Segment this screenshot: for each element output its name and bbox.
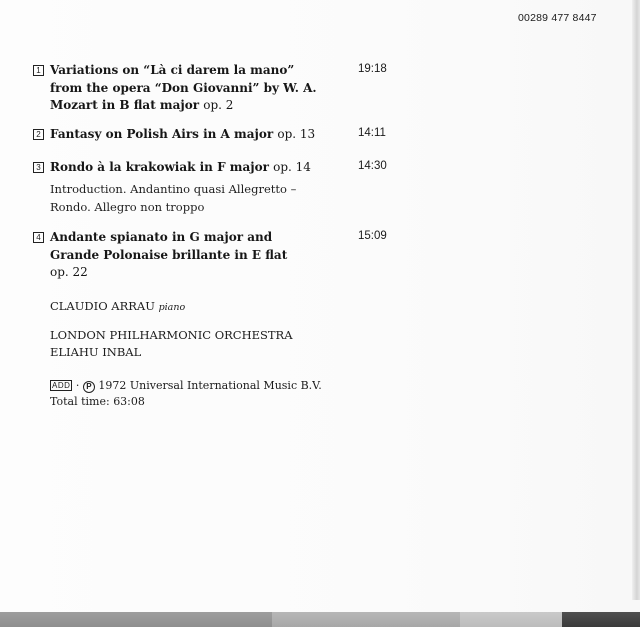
page-edge-shadow [632,0,640,600]
track-number-box: 1 [33,65,44,76]
bottom-strip-segment-dark [562,612,640,627]
copyright-line: ADD · P 1972 Universal International Mus… [50,378,322,394]
track-number-box: 4 [33,232,44,243]
track-duration: 19:18 [358,63,387,75]
soloist-credit: CLAUDIO ARRAU piano [50,298,185,316]
phonogram-icon: P [83,381,95,393]
soloist-role: piano [159,302,186,313]
recording-info: ADD · P 1972 Universal International Mus… [50,378,322,410]
total-time-label: Total time: [50,395,110,408]
copyright-text: 1972 Universal International Music B.V. [98,379,321,392]
track-number-box: 2 [33,129,44,140]
bottom-edge-strip [0,612,640,627]
track-title: Rondo à la krakowiak in F major op. 14 [50,159,370,177]
orchestra-name: LONDON PHILHARMONIC ORCHESTRA [50,327,293,344]
add-code-badge: ADD [50,380,72,391]
track-1: 1 Variations on “Là ci darem la mano” fr… [33,62,393,115]
track-duration: 14:11 [358,127,386,139]
track-duration: 15:09 [358,230,387,242]
ensemble-credits: LONDON PHILHARMONIC ORCHESTRA ELIAHU INB… [50,327,293,361]
booklet-page: 00289 477 8447 1 Variations on “Là ci da… [0,0,640,627]
separator: · [76,379,80,392]
track-2: 2 Fantasy on Polish Airs in A major op. … [33,126,393,144]
track-number-box: 3 [33,162,44,173]
track-3: 3 Rondo à la krakowiak in F major op. 14… [33,159,393,216]
track-movements: Introduction. Andantino quasi Allegretto… [50,180,330,216]
track-title: Fantasy on Polish Airs in A major op. 13 [50,126,370,144]
track-title: Variations on “Là ci darem la mano” from… [50,62,330,115]
conductor-name: ELIAHU INBAL [50,344,293,361]
bottom-strip-segment [0,612,272,627]
track-opus: op. 14 [273,160,311,174]
track-opus: op. 13 [277,127,315,141]
catalog-number: 00289 477 8447 [518,12,597,24]
total-time-line: Total time: 63:08 [50,394,322,410]
bottom-strip-segment [460,612,562,627]
track-opus: op. 22 [50,265,88,279]
bottom-strip-segment [272,612,460,627]
track-opus: op. 2 [203,98,233,112]
soloist-name: CLAUDIO ARRAU [50,299,155,313]
total-time-value: 63:08 [113,395,145,408]
track-4: 4 Andante spianato in G major and Grande… [33,229,393,282]
track-title: Andante spianato in G major and Grande P… [50,229,325,282]
track-duration: 14:30 [358,160,387,172]
